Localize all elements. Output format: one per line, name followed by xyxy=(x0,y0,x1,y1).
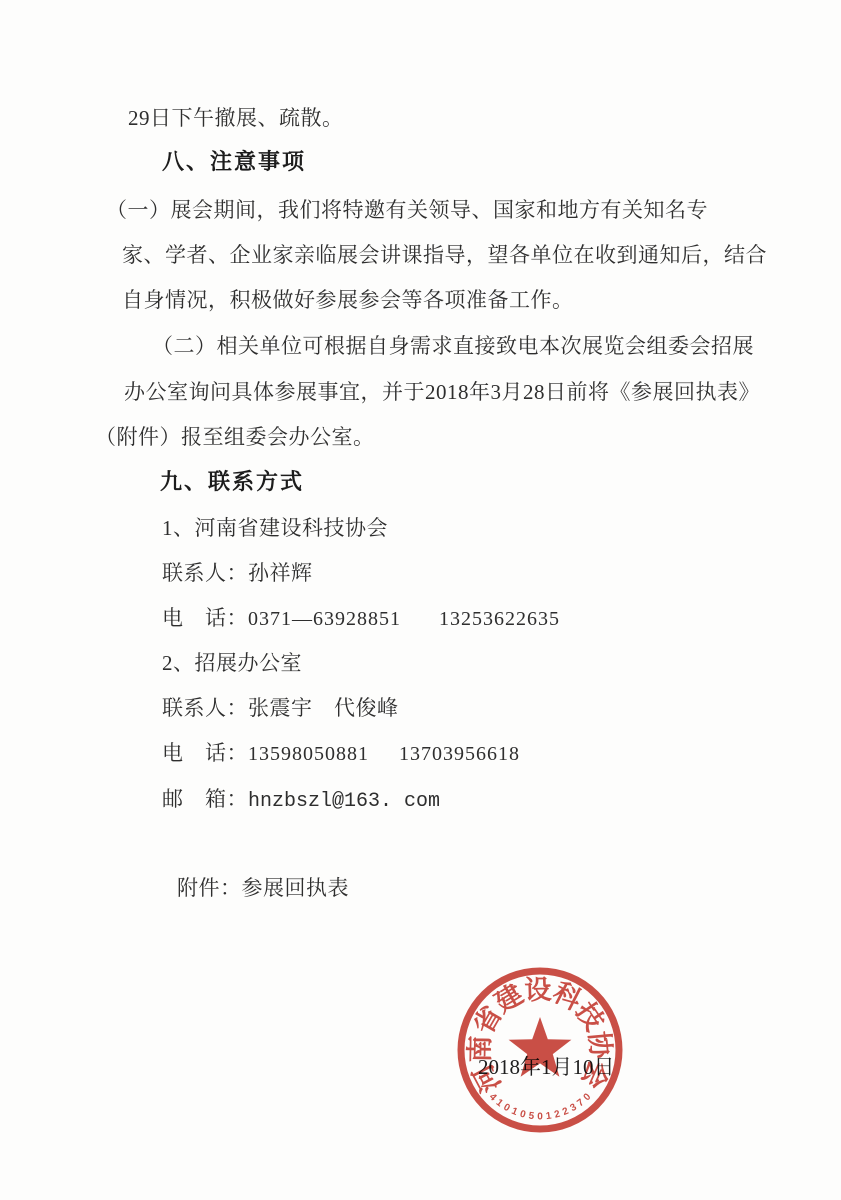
email-label: 邮 箱： xyxy=(162,787,248,811)
org1-phone-row: 电 话：0371—6392885113253622635 xyxy=(162,604,560,633)
star-icon xyxy=(509,1017,572,1077)
body-line: 29日下午撤展、疏散。 xyxy=(128,104,344,132)
org1-contact-row: 联系人：孙祥辉 xyxy=(162,559,313,587)
body-line: （附件）报至组委会办公室。 xyxy=(95,423,375,451)
phone-number: 13253622635 xyxy=(439,608,560,630)
phone-label: 电 话： xyxy=(162,741,248,765)
svg-text:1: 1 xyxy=(545,1111,552,1123)
section8-heading: 八、注意事项 xyxy=(162,148,306,176)
svg-text:0: 0 xyxy=(519,1109,528,1121)
contact-name: 孙祥辉 xyxy=(248,561,313,585)
seal-graphic: 河南省建设科技协会4101050122370 xyxy=(445,955,635,1145)
svg-text:1: 1 xyxy=(510,1106,520,1118)
phone-number: 13598050881 xyxy=(248,743,369,765)
official-seal: 河南省建设科技协会4101050122370 xyxy=(445,955,635,1145)
phone-number: 0371—63928851 xyxy=(248,608,401,630)
svg-text:2: 2 xyxy=(553,1109,562,1121)
svg-text:南: 南 xyxy=(465,1035,495,1063)
org2-title: 2、招展办公室 xyxy=(162,649,302,677)
document-page: 29日下午撤展、疏散。 八、注意事项 （一）展会期间，我们将特邀有关领导、国家和… xyxy=(0,0,841,1200)
contact-name: 张震宇 代俊峰 xyxy=(248,696,399,720)
phone-label: 电 话： xyxy=(162,606,248,630)
svg-text:0: 0 xyxy=(537,1112,543,1123)
svg-text:5: 5 xyxy=(528,1111,535,1123)
email-row: 邮 箱：hnzbszl@163. com xyxy=(162,785,440,816)
attachment-line: 附件：参展回执表 xyxy=(177,874,349,902)
body-line: 家、学者、企业家亲临展会讲课指导，望各单位在收到通知后，结合 xyxy=(122,241,767,269)
contact-label: 联系人： xyxy=(162,696,248,720)
section9-heading: 九、联系方式 xyxy=(160,468,304,496)
org1-title: 1、河南省建设科技协会 xyxy=(162,514,388,542)
svg-text:0: 0 xyxy=(582,1091,594,1103)
phone-number: 13703956618 xyxy=(399,743,520,765)
contact-label: 联系人： xyxy=(162,561,248,585)
body-line: 办公室询问具体参展事宜，并于2018年3月28日前将《参展回执表》 xyxy=(124,378,760,406)
email-value: hnzbszl@163. com xyxy=(248,790,440,813)
org2-phone-row: 电 话：1359805088113703956618 xyxy=(162,739,520,768)
body-line: （二）相关单位可根据自身需求直接致电本次展览会组委会招展 xyxy=(152,332,754,360)
svg-text:设: 设 xyxy=(524,975,552,1006)
body-line: 自身情况，积极做好参展参会等各项准备工作。 xyxy=(122,286,574,314)
body-line: （一）展会期间，我们将特邀有关领导、国家和地方有关知名专 xyxy=(106,196,708,224)
org2-contact-row: 联系人：张震宇 代俊峰 xyxy=(162,694,399,722)
